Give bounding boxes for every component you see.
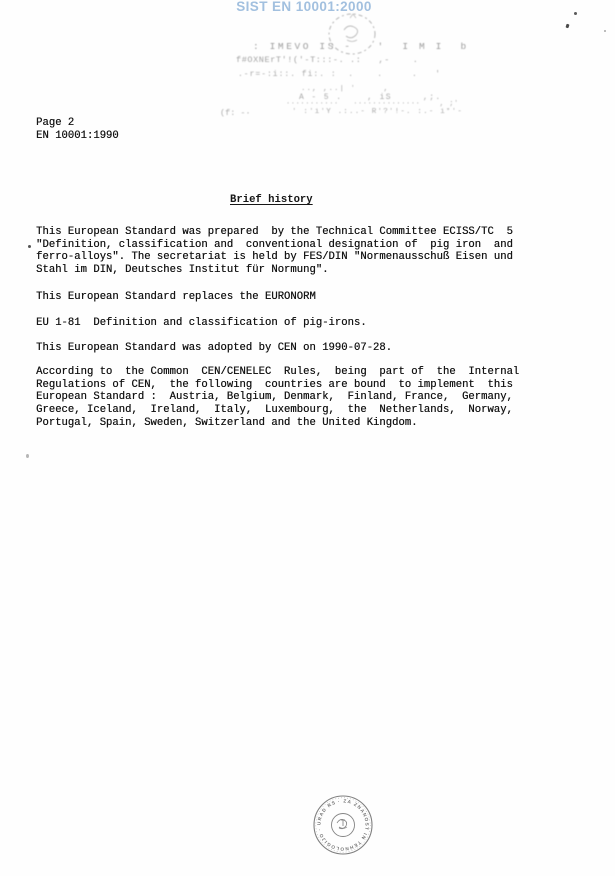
stamp-text-line: : IMEVO IS - ' I M I b — [253, 41, 469, 52]
stamp-text-line: ' :'i'Y .:..- R'?'!-. :.- i*'- — [292, 108, 463, 116]
stamp-dotted-line: ··········· ·············· , ;' — [286, 100, 459, 108]
receipt-stamp: : IMEVO IS - ' I M I b f#OXNErT'!('-T:::… — [0, 0, 615, 130]
scan-artifact — [28, 245, 31, 248]
stamp-text-line: .., ,..| ' , — [301, 85, 389, 93]
stamp-emblem-icon — [322, 8, 384, 60]
section-title: Brief history — [230, 194, 313, 206]
paragraph-adopted: This European Standard was adopted by CE… — [36, 342, 392, 355]
scan-artifact — [604, 30, 606, 32]
stamp-text-line: f#OXNErT'!('-T:::-. .: ,- . — [236, 55, 418, 65]
paragraph-implementation: According to the Common CEN/CENELEC Rule… — [36, 366, 519, 430]
paragraph-prepared: This European Standard was prepared by t… — [36, 226, 513, 277]
document-page: SIST EN 10001:2000 : IMEVO IS - ' I M I … — [0, 0, 615, 876]
scan-artifact — [26, 454, 29, 458]
page-number: Page 2 — [36, 117, 74, 129]
standard-reference: EN 10001:1990 — [36, 130, 119, 142]
paragraph-replaces: This European Standard replaces the EURO… — [36, 291, 316, 304]
scan-artifact — [574, 12, 577, 15]
stamp-text-line: .-r=-:i::. fi:. : . . . ' — [238, 70, 441, 79]
page-header: Page 2EN 10001:1990 — [36, 117, 119, 143]
round-seal-icon: · ZA ZNANOST IN TEHNOLOGIJO · URAD RS · — [311, 793, 375, 857]
paragraph-euronorm-entry: EU 1-81 Definition and classification of… — [36, 317, 367, 330]
stamp-text-fragment: (f: -· — [220, 108, 251, 118]
